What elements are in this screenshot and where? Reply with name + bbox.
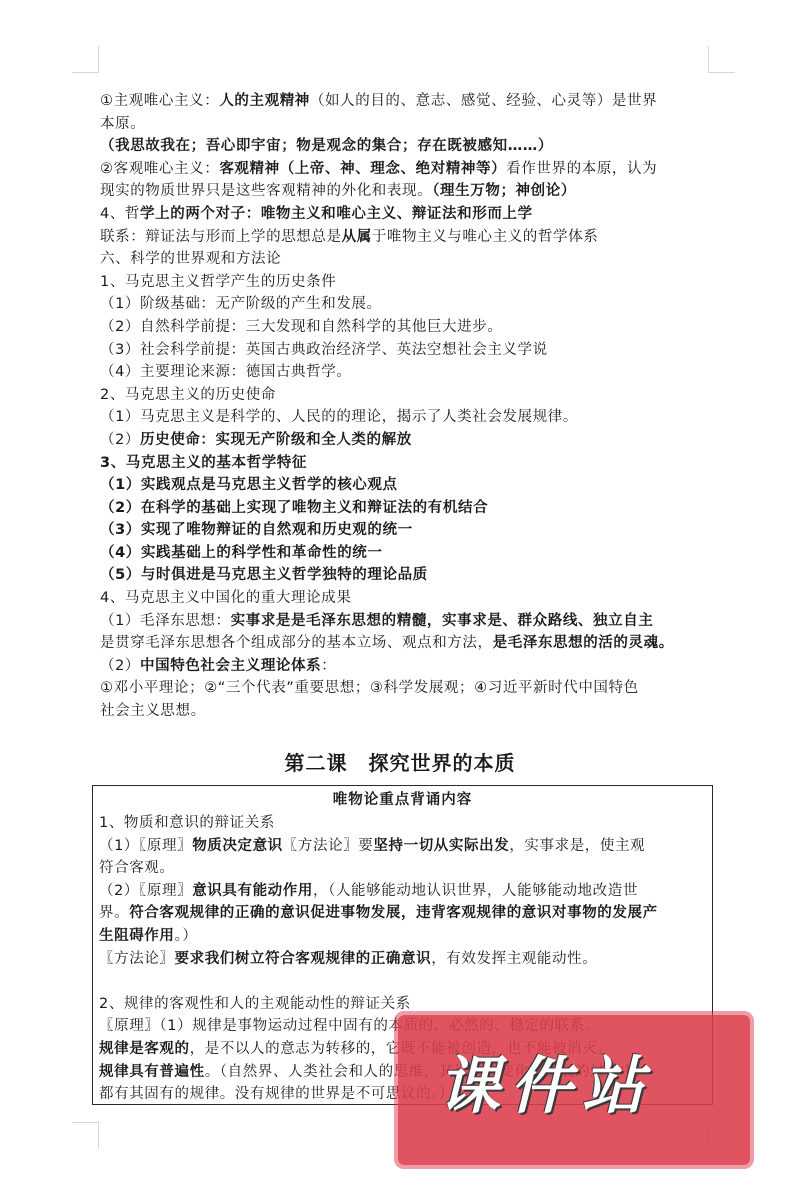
text-line: 2、马克思主义的历史使命 — [100, 384, 712, 407]
text: 看作世界的本原，认为 — [506, 161, 657, 177]
text-line: 现实的物质世界只是这些客观精神的外化和表现。（理生万物；神创论） — [100, 180, 712, 203]
text-line: （2）中国特色社会主义理论体系： — [100, 655, 712, 678]
lesson-title: 第二课 探究世界的本质 — [0, 748, 800, 778]
text-line: （1）马克思主义是科学的、人民的的理论，揭示了人类社会发展规律。 — [100, 406, 712, 429]
text-line: （2）在科学的基础上实现了唯物主义和辩证法的有机结合 — [100, 497, 712, 520]
text-line: （5）与时俱进是马克思主义哲学独特的理论品质 — [100, 564, 712, 587]
text-line: 4、哲学上的两个对子：唯物主义和唯心主义、辩证法和形而上学 — [100, 203, 712, 226]
crop-mark-top-right — [708, 46, 735, 73]
text-line: 界。符合客观规律的正确的意识促进事物发展，违背客观规律的意识对事物的发展产 — [99, 902, 706, 925]
text-line: 3、马克思主义的基本哲学特征 — [100, 452, 712, 475]
bold-text: 3、马克思主义的基本哲学特征 — [100, 455, 307, 471]
text: 界。 — [99, 905, 129, 921]
bold-text: 规律具有普遍性 — [99, 1064, 205, 1080]
text-line: 社会主义思想。 — [100, 700, 712, 723]
text-line: ②客观唯心主义：客观精神（上帝、神、理念、绝对精神等）看作世界的本原，认为 — [100, 158, 712, 181]
bold-text: 坚持一切从实际出发 — [373, 838, 509, 854]
text-line: 六、科学的世界观和方法论 — [100, 248, 712, 271]
text: （2） — [100, 432, 140, 448]
bold-text: （1）实践观点是马克思主义哲学的核心观点 — [100, 477, 398, 493]
watermark-stamp: 课件站 — [398, 1015, 750, 1165]
text: 2、马克思主义的历史使命 — [100, 387, 276, 403]
text-line: 是贯穿毛泽东思想各个组成部分的基本立场、观点和方法，是毛泽东思想的活的灵魂。 — [100, 632, 712, 655]
bold-text: 是毛泽东思想的活的灵魂。 — [493, 635, 674, 651]
text: 〖方法论〗要 — [283, 838, 374, 854]
text: 本原。 — [100, 116, 145, 132]
text-line: （2）〖原理〗意识具有能动作用，（人能够能动地认识世界，人能够能动地改造世 — [99, 880, 706, 903]
bold-text: 生阻碍作用 — [99, 928, 175, 944]
text: 2、规律的客观性和人的主观能动性的辩证关系 — [99, 996, 411, 1012]
text: （1）〖原理〗 — [99, 838, 192, 854]
box-title: 唯物论重点背诵内容 — [99, 788, 706, 812]
crop-mark-top-left — [72, 46, 99, 73]
bold-text: （理生万物；神创论） — [432, 183, 576, 199]
text: ②客观唯心主义： — [100, 161, 219, 177]
blank-line — [99, 970, 706, 993]
bold-text: 客观精神（上帝、神、理念、绝对精神等） — [219, 161, 506, 177]
text: 1、物质和意识的辩证关系 — [99, 815, 275, 831]
text: （1）毛泽东思想： — [100, 613, 231, 629]
text-line: （3）社会科学前提：英国古典政治经济学、英法空想社会主义学说 — [100, 339, 712, 362]
text-line: 〖方法论〗要求我们树立符合客观规律的正确意识，有效发挥主观能动性。 — [99, 948, 706, 971]
text-line: （2）历史使命：实现无产阶级和全人类的解放 — [100, 429, 712, 452]
text: （1）马克思主义是科学的、人民的的理论，揭示了人类社会发展规律。 — [100, 409, 578, 425]
text-line: （1）实践观点是马克思主义哲学的核心观点 — [100, 474, 712, 497]
text: （1）阶级基础：无产阶级的产生和发展。 — [100, 296, 382, 312]
bold-text: （4）实践基础上的科学性和革命性的统一 — [100, 545, 383, 561]
text: ，有效发挥主观能动性。 — [431, 951, 597, 967]
crop-mark-bottom-left — [72, 1122, 99, 1149]
bold-text: 学上的两个对子：唯物主义和唯心主义、辩证法和形而上学 — [140, 206, 533, 222]
text: ，（人能够能动地认识世界，人能够能动地改造世 — [313, 883, 638, 899]
text-line: 1、物质和意识的辩证关系 — [99, 812, 706, 835]
text: （如人的目的、意志、感觉、经验、心灵等）是世界 — [310, 93, 657, 109]
text-line: （4）实践基础上的科学性和革命性的统一 — [100, 542, 712, 565]
text: 六、科学的世界观和方法论 — [100, 251, 281, 267]
bold-text: 意识具有能动作用 — [192, 883, 313, 899]
text-line: 联系：辩证法与形而上学的思想总是从属于唯物主义与唯心主义的哲学体系 — [100, 226, 712, 249]
text: 社会主义思想。 — [100, 703, 206, 719]
text: （3）社会科学前提：英国古典政治经济学、英法空想社会主义学说 — [100, 342, 548, 358]
watermark-text: 课件站 — [438, 1051, 654, 1121]
bold-text: （我思故我在；吾心即宇宙；物是观念的集合；存在既被感知……） — [100, 138, 553, 154]
bold-text: （5）与时俱进是马克思主义哲学独特的理论品质 — [100, 567, 428, 583]
text: 。） — [175, 928, 198, 944]
text-line: ①主观唯心主义：人的主观精神（如人的目的、意志、感觉、经验、心灵等）是世界 — [100, 90, 712, 113]
text: 现实的物质世界只是这些客观精神的外化和表现。 — [100, 183, 432, 199]
text: 4、马克思主义中国化的重大理论成果 — [100, 590, 351, 606]
text-line: （3）实现了唯物辩证的自然观和历史观的统一 — [100, 519, 712, 542]
text-line: 本原。 — [100, 113, 712, 136]
text: ①邓小平理论；②“三个代表”重要思想；③科学发展观；④习近平新时代中国特色 — [100, 680, 639, 696]
document-body: ①主观唯心主义：人的主观精神（如人的目的、意志、感觉、经验、心灵等）是世界本原。… — [100, 90, 712, 723]
bold-text: 要求我们树立符合客观规律的正确意识 — [175, 951, 432, 967]
text-line: （1）〖原理〗物质决定意识〖方法论〗要坚持一切从实际出发，实事求是，使主观 — [99, 835, 706, 858]
text: ①主观唯心主义： — [100, 93, 219, 109]
text: 〖方法论〗 — [99, 951, 175, 967]
bold-text: （2）在科学的基础上实现了唯物主义和辩证法的有机结合 — [100, 500, 488, 516]
text: （2） — [100, 658, 140, 674]
bold-text: 历史使命：实现无产阶级和全人类的解放 — [140, 432, 412, 448]
text: 4、哲 — [100, 206, 140, 222]
text: （4）主要理论来源：德国古典哲学。 — [100, 364, 351, 380]
text-line: （2）自然科学前提：三大发现和自然科学的其他巨大进步。 — [100, 316, 712, 339]
text-line: （1）毛泽东思想：实事求是是毛泽东思想的精髓，实事求是、群众路线、独立自主 — [100, 610, 712, 633]
text: 1、马克思主义哲学产生的历史条件 — [100, 274, 336, 290]
text-line: 4、马克思主义中国化的重大理论成果 — [100, 587, 712, 610]
bold-text: 符合客观规律的正确的意识促进事物发展，违背客观规律的意识对事物的发展产 — [129, 905, 658, 921]
text-line: 生阻碍作用。） — [99, 925, 706, 948]
text: （2）〖原理〗 — [99, 883, 192, 899]
text: 是贯穿毛泽东思想各个组成部分的基本立场、观点和方法， — [100, 635, 493, 651]
bold-text: 从属 — [342, 229, 372, 245]
text-line: （1）阶级基础：无产阶级的产生和发展。 — [100, 293, 712, 316]
bold-text: （3）实现了唯物辩证的自然观和历史观的统一 — [100, 522, 413, 538]
bold-text: 人的主观精神 — [219, 93, 310, 109]
text-line: 符合客观。 — [99, 857, 706, 880]
text: ，实事求是，使主观 — [509, 838, 645, 854]
bold-text: 实事求是是毛泽东思想的精髓，实事求是、群众路线、独立自主 — [231, 613, 654, 629]
text-line: （我思故我在；吾心即宇宙；物是观念的集合；存在既被感知……） — [100, 135, 712, 158]
text-line: ①邓小平理论；②“三个代表”重要思想；③科学发展观；④习近平新时代中国特色 — [100, 677, 712, 700]
text: （2）自然科学前提：三大发现和自然科学的其他巨大进步。 — [100, 319, 502, 335]
text-line: 2、规律的客观性和人的主观能动性的辩证关系 — [99, 993, 706, 1016]
text: 符合客观。 — [99, 860, 175, 876]
text-line: （4）主要理论来源：德国古典哲学。 — [100, 361, 712, 384]
text: 于唯物主义与唯心主义的哲学体系 — [372, 229, 599, 245]
bold-text: 规律是客观的 — [99, 1041, 190, 1057]
text: ： — [321, 658, 336, 674]
text: 联系：辩证法与形而上学的思想总是 — [100, 229, 342, 245]
text-line: 1、马克思主义哲学产生的历史条件 — [100, 271, 712, 294]
bold-text: 物质决定意识 — [192, 838, 283, 854]
bold-text: 中国特色社会主义理论体系 — [140, 658, 321, 674]
